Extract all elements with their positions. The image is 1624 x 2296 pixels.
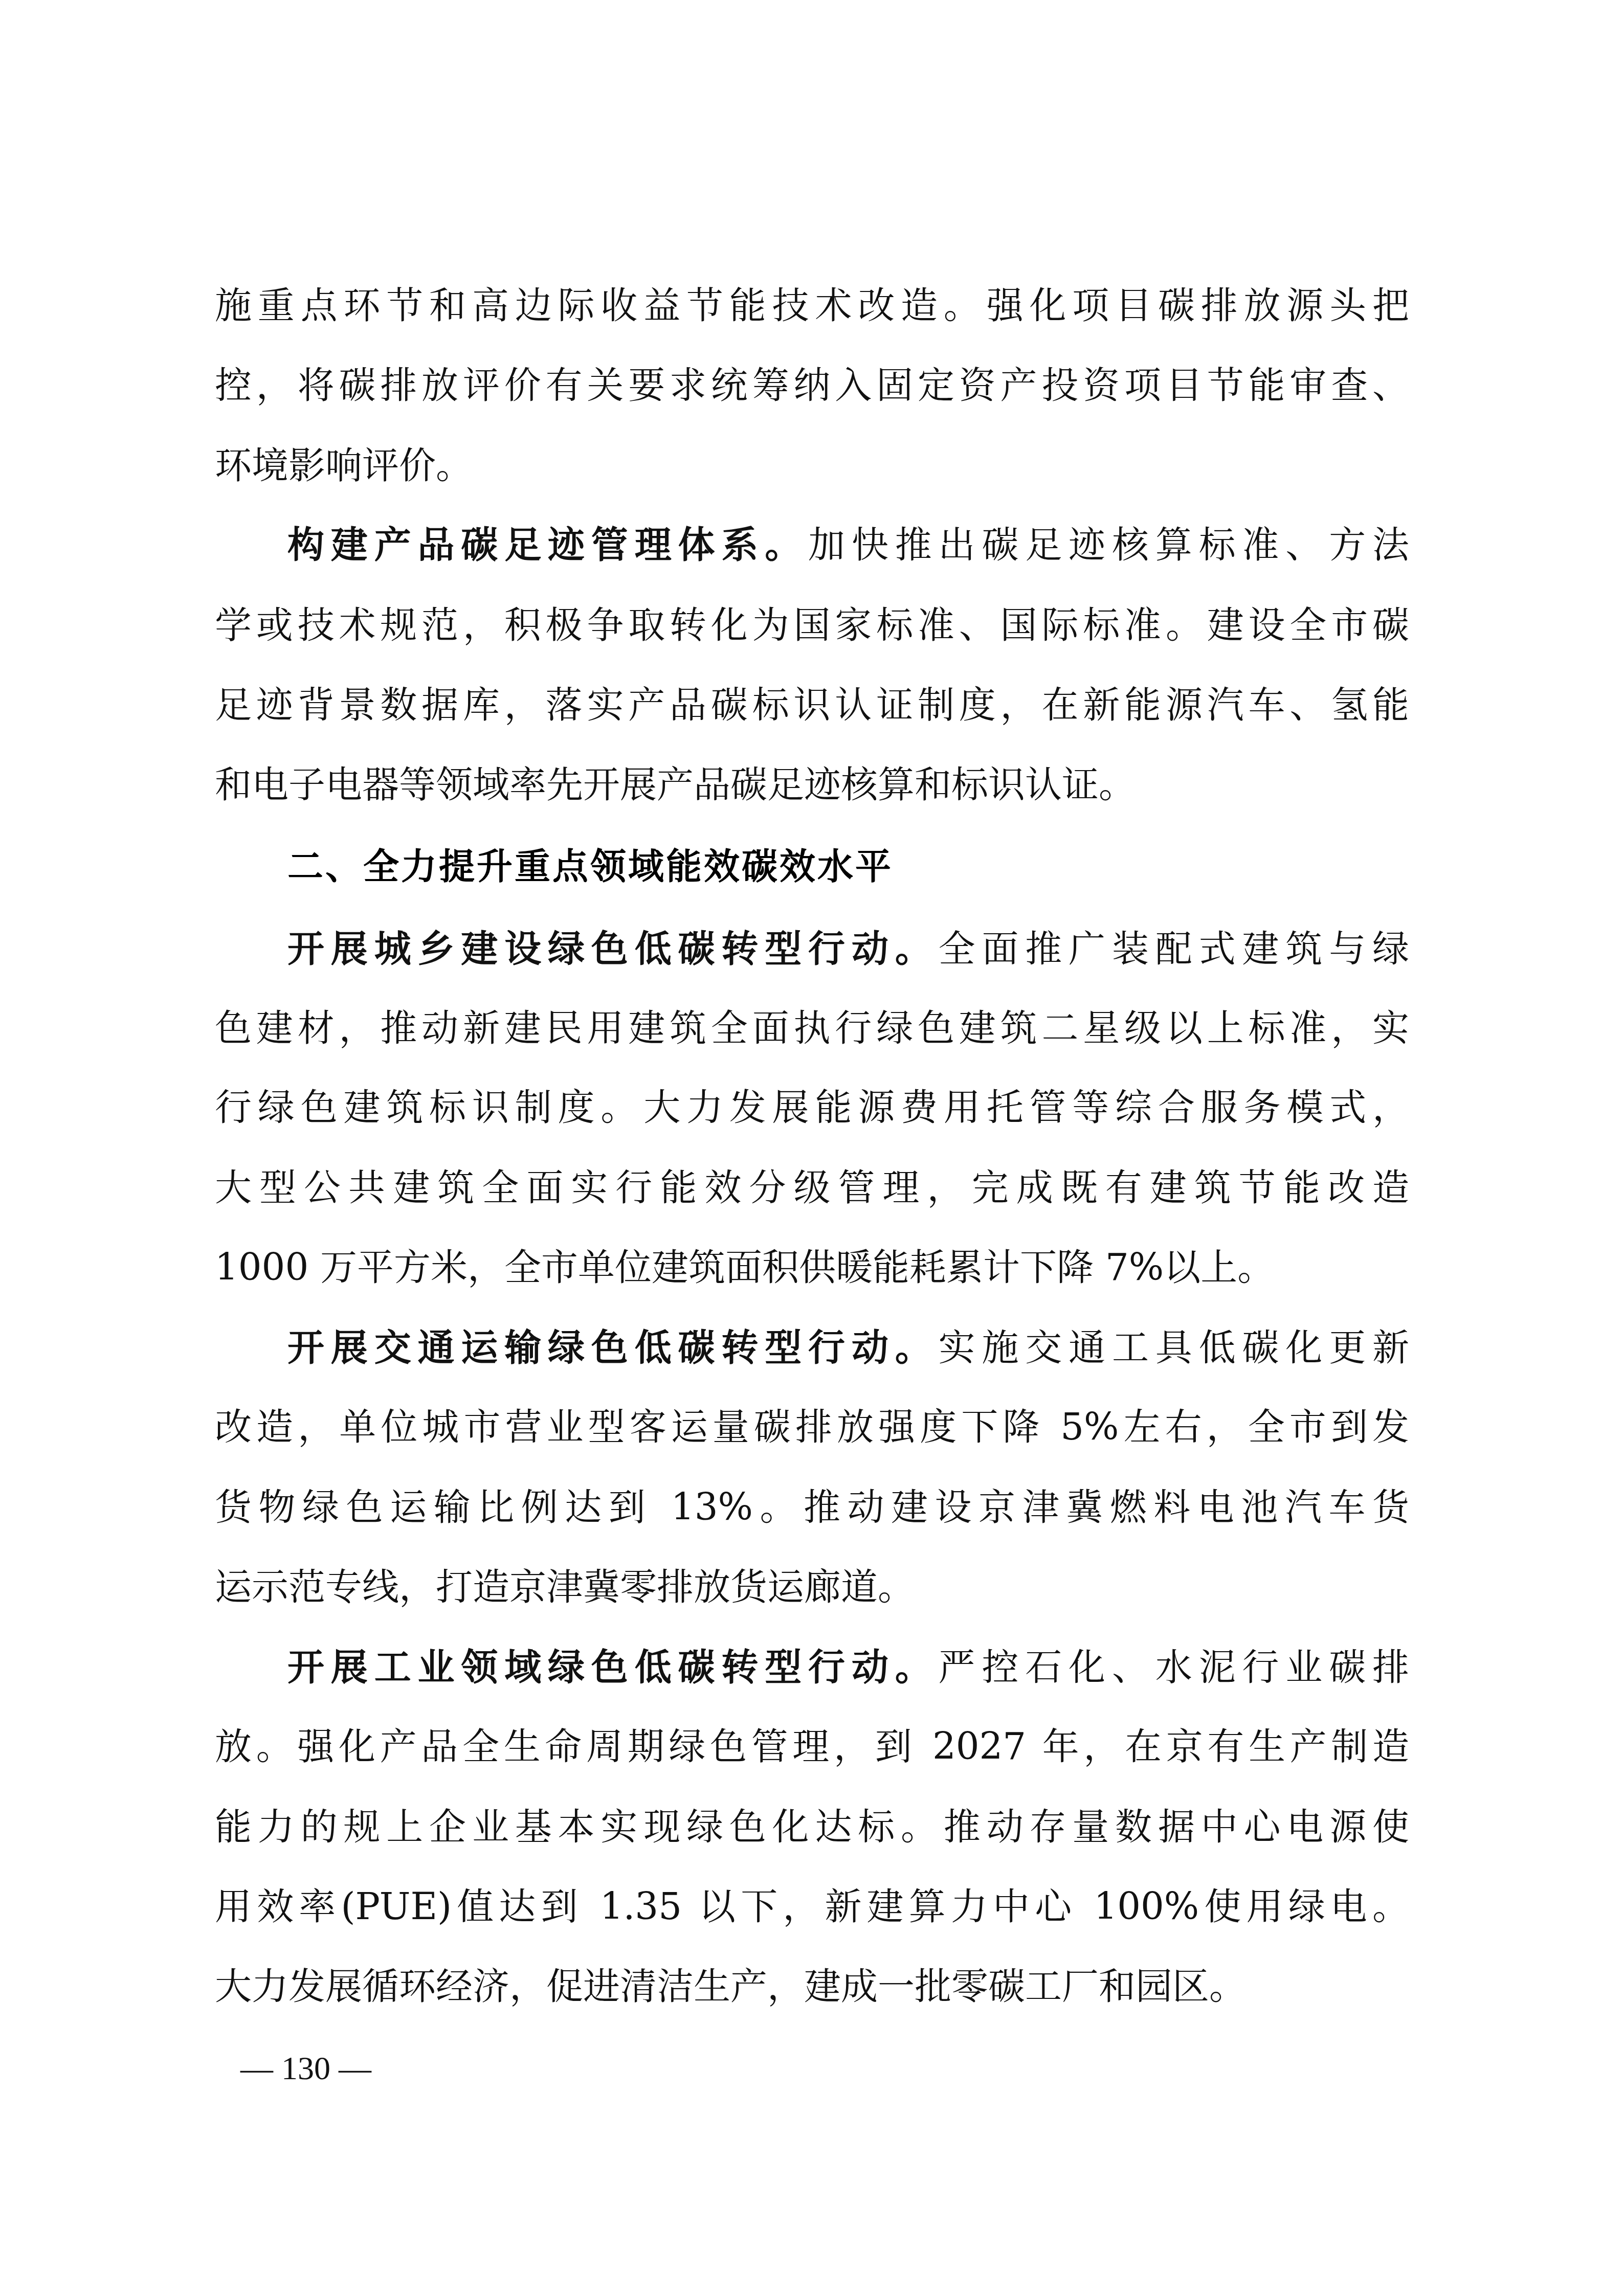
paragraph-line: 控，将碳排放评价有关要求统筹纳入固定资产投资项目节能审查、 [215,365,1409,406]
paragraph-line: 大型公共建筑全面实行能效分级管理，完成既有建筑节能改造 [215,1167,1409,1208]
paragraph-line: 运示范专线，打造京津冀零排放货运廊道。 [215,1566,1409,1607]
paragraph-line: 1000 万平方米，全市单位建筑面积供暖能耗累计下降 7%以上。 [215,1247,1409,1288]
paragraph-line: 环境影响评价。 [215,445,1409,486]
document-page: 施重点环节和高边际收益节能技术改造。强化项目碳排放源头把 控，将碳排放评价有关要… [0,0,1624,2296]
paragraph-line: 色建材，推动新建民用建筑全面执行绿色建筑二星级以上标准，实 [215,1007,1409,1048]
paragraph-line: 改造，单位城市营业型客运量碳排放强度下降 5%左右，全市到发 [215,1406,1409,1447]
page-number: — 130 — [240,2048,371,2089]
paragraph-line: 放。强化产品全生命周期绿色管理，到 2027 年，在京有生产制造 [215,1726,1409,1767]
paragraph-first-line: 开展工业领域绿色低碳转型行动。严控石化、水泥行业碳排 [287,1647,1409,1687]
paragraph-lead-title: 开展交通运输绿色低碳转型行动。 [287,1325,939,1369]
paragraph-first-line: 开展城乡建设绿色低碳转型行动。全面推广装配式建筑与绿 [287,928,1409,969]
paragraph-text: 全面推广装配式建筑与绿 [939,927,1409,970]
paragraph-line: 大力发展循环经济，促进清洁生产，建成一批零碳工厂和园区。 [215,1966,1409,2007]
paragraph-line: 能力的规上企业基本实现绿色化达标。推动存量数据中心电源使 [215,1806,1409,1847]
paragraph-text: 严控石化、水泥行业碳排 [939,1646,1409,1689]
paragraph-lead-title: 构建产品碳足迹管理体系。 [287,523,808,566]
section-heading: 二、全力提升重点领域能效碳效水平 [287,846,893,887]
paragraph-line: 足迹背景数据库，落实产品碳标识认证制度，在新能源汽车、氢能 [215,684,1409,725]
paragraph-line: 货物绿色运输比例达到 13%。推动建设京津冀燃料电池汽车货 [215,1487,1409,1527]
paragraph-text: 加快推出碳足迹核算标准、方法 [808,523,1409,566]
paragraph-first-line: 开展交通运输绿色低碳转型行动。实施交通工具低碳化更新 [287,1327,1409,1368]
paragraph-line: 和电子电器等领域率先开展产品碳足迹核算和标识认证。 [215,764,1409,805]
paragraph-line: 施重点环节和高边际收益节能技术改造。强化项目碳排放源头把 [215,285,1409,326]
paragraph-line: 行绿色建筑标识制度。大力发展能源费用托管等综合服务模式， [215,1087,1409,1128]
paragraph-line: 学或技术规范，积极争取转化为国家标准、国际标准。建设全市碳 [215,604,1409,645]
paragraph-text: 实施交通工具低碳化更新 [939,1326,1409,1369]
paragraph-lead-title: 开展工业领域绿色低碳转型行动。 [287,1645,939,1689]
paragraph-first-line: 构建产品碳足迹管理体系。加快推出碳足迹核算标准、方法 [287,524,1409,565]
paragraph-lead-title: 开展城乡建设绿色低碳转型行动。 [287,927,939,970]
paragraph-line: 用效率(PUE)值达到 1.35 以下，新建算力中心 100%使用绿电。 [215,1886,1409,1927]
